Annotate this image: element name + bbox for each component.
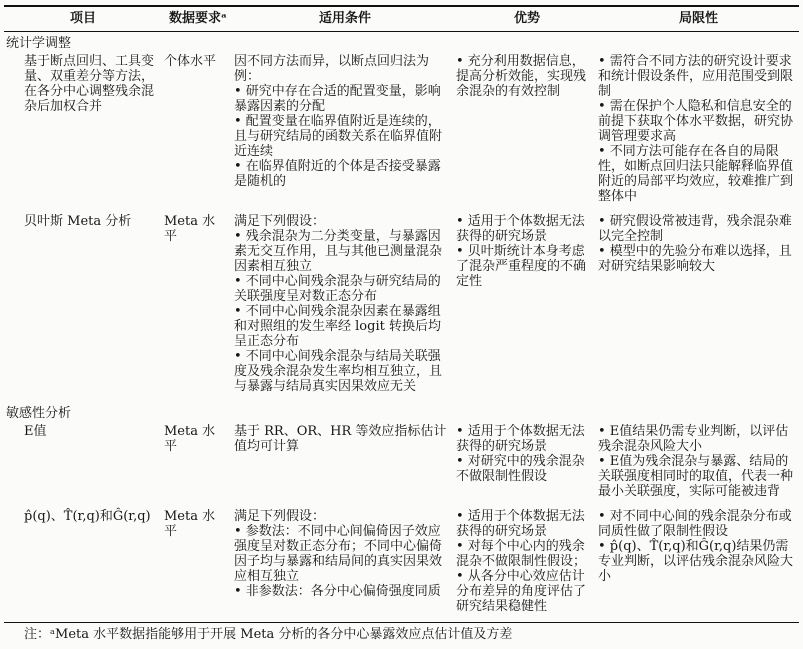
cell-limitations: • 对不同中心间的残余混杂分布或同质性做了限制性假设 • p̂(q)、T̂(r,…	[598, 507, 799, 623]
table-row-e-value: E值 Meta 水平 基于 RR、OR、HR 等效应指标估计值均可计算 • 适用…	[4, 422, 799, 507]
cell-conditions: 基于 RR、OR、HR 等效应指标估计值均可计算	[234, 422, 456, 507]
table-row-regression-methods: 基于断点回归、工具变量、双重差分等方法，在各分中心调整残余混杂后加权合并 个体水…	[4, 52, 799, 212]
cell-item: p̂(q)、T̂(r,q)和Ĝ(r,q)	[4, 507, 162, 623]
section-title: 敏感性分析	[4, 402, 799, 422]
cell-data-level: Meta 水平	[162, 507, 234, 623]
footnote: 注：ᵃMeta 水平数据指能够用于开展 Meta 分析的各分中心暴露效应点估计值…	[4, 623, 799, 649]
cell-item: 基于断点回归、工具变量、双重差分等方法，在各分中心调整残余混杂后加权合并	[4, 52, 162, 212]
cell-item: 贝叶斯 Meta 分析	[4, 212, 162, 402]
document-page: 项目 数据要求ᵃ 适用条件 优势 局限性 统计学调整 基于断点回归、工具变量、双…	[0, 0, 803, 649]
col-header-item: 项目	[4, 6, 162, 32]
section-title: 统计学调整	[4, 32, 799, 53]
col-header-advantages: 优势	[456, 6, 598, 32]
cell-data-level: Meta 水平	[162, 422, 234, 507]
cell-advantages: • 适用于个体数据无法获得的研究场景 • 对研究中的残余混杂不做限制性假设	[456, 422, 598, 507]
cell-data-level: Meta 水平	[162, 212, 234, 402]
header-row: 项目 数据要求ᵃ 适用条件 优势 局限性	[4, 6, 799, 32]
cell-item: E值	[4, 422, 162, 507]
section-row-statistical-adjustment: 统计学调整	[4, 32, 799, 53]
table-row-bayesian-meta: 贝叶斯 Meta 分析 Meta 水平 满足下列假设： • 残余混杂为二分类变量…	[4, 212, 799, 402]
cell-limitations: • 研究假设常被违背，残余混杂难以完全控制 • 模型中的先验分布难以选择，且对研…	[598, 212, 799, 402]
table-row-bias-factor-estimators: p̂(q)、T̂(r,q)和Ĝ(r,q) Meta 水平 满足下列假设： • 参…	[4, 507, 799, 623]
col-header-conditions: 适用条件	[234, 6, 456, 32]
cell-conditions: 满足下列假设： • 残余混杂为二分类变量，与暴露因素无交互作用，且与其他已测量混…	[234, 212, 456, 402]
cell-limitations: • E值结果仍需专业判断，以评估残余混杂风险大小 • E值为残余混杂与暴露、结局…	[598, 422, 799, 507]
cell-advantages: • 充分利用数据信息，提高分析效能，实现残余混杂的有效控制	[456, 52, 598, 212]
cell-limitations: • 需符合不同方法的研究设计要求和统计假设条件，应用范围受到限制 • 需在保护个…	[598, 52, 799, 212]
cell-data-level: 个体水平	[162, 52, 234, 212]
cell-conditions: 因不同方法而异，以断点回归法为例： • 研究中存在合适的配置变量，影响暴露因素的…	[234, 52, 456, 212]
section-row-sensitivity-analysis: 敏感性分析	[4, 402, 799, 422]
col-header-data-requirement: 数据要求ᵃ	[162, 6, 234, 32]
cell-advantages: • 适用于个体数据无法获得的研究场景 • 对每个中心内的残余混杂不做限制性假设；…	[456, 507, 598, 623]
methods-comparison-table: 项目 数据要求ᵃ 适用条件 优势 局限性 统计学调整 基于断点回归、工具变量、双…	[4, 5, 799, 623]
cell-conditions: 满足下列假设： • 参数法：不同中心间偏倚因子效应强度呈对数正态分布；不同中心偏…	[234, 507, 456, 623]
col-header-limitations: 局限性	[598, 6, 799, 32]
cell-advantages: • 适用于个体数据无法获得的研究场景 • 贝叶斯统计本身考虑了混杂严重程度的不确…	[456, 212, 598, 402]
